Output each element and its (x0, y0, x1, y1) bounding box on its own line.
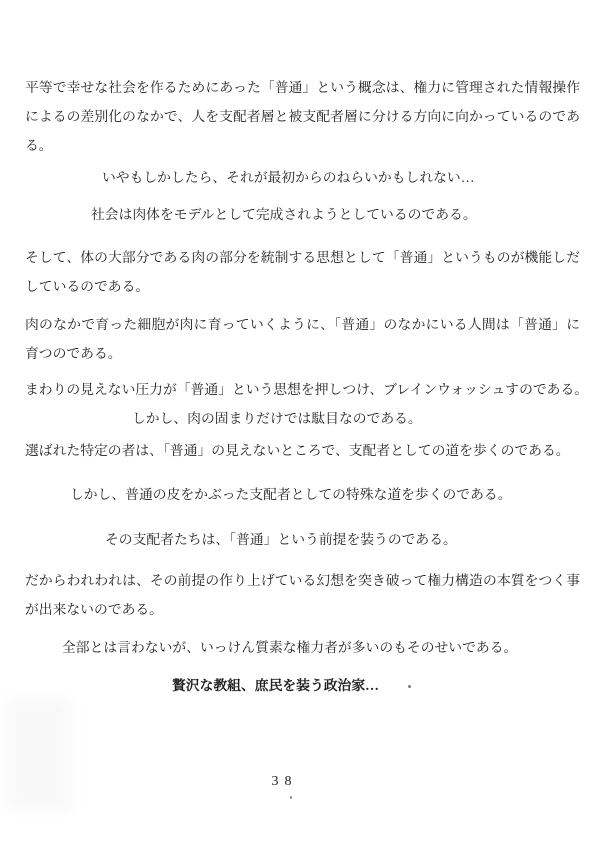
scanned-document-page: 平等で幸せな社会を作るためにあった「普通」という概念は、権力に管理された情報操作… (0, 0, 601, 850)
paragraph-cannot-pierce-power-structure: だからわれわれは、その前提の作り上げている幻想を突き破って権力構造の本質をつく事… (25, 566, 580, 624)
paragraph-society-modeled-on-body: 社会は肉体をモデルとして完成されようとしているのである。 (91, 200, 580, 229)
paragraph-maybe-the-original-aim: いやもしかしたら、それが最初からのねらいかもしれない… (102, 163, 580, 192)
paragraph-invisible-pressure-brainwash: まわりの見えない圧力が「普通」という思想を押しつけ、ブレインウォッシュすのである… (25, 375, 580, 404)
paragraph-cells-grow-into-flesh: 肉のなかで育った細胞が肉に育っていくように、「普通」のなかにいる人間は「普通」に… (25, 310, 580, 368)
paragraph-rulers-wearing-normal-skin: しかし、普通の皮をかぶった支配者としての特殊な道を歩くのである。 (70, 480, 580, 509)
scan-smudge-artifact (8, 698, 70, 810)
scan-speck-artifact (408, 685, 411, 688)
paragraph-flesh-alone-not-enough: しかし、肉の固まりだけでは駄目なのである。 (132, 404, 580, 433)
paragraph-invisible-pressure-group: まわりの見えない圧力が「普通」という思想を押しつけ、ブレインウォッシュすのである… (25, 375, 580, 433)
page-number: 38 (0, 771, 585, 793)
paragraph-rulers-feign-normal-premise: その支配者たちは、「普通」という前提を装うのである。 (105, 525, 580, 554)
paragraph-frugal-looking-power-holders: 全部とは言わないが、いっけん質素な権力者が多いのもそのせいである。 (62, 633, 580, 662)
paragraph-normal-concept-divides-society: 平等で幸せな社会を作るためにあった「普通」という概念は、権力に管理された情報操作… (25, 73, 580, 160)
scan-speck-artifact (290, 796, 292, 799)
paragraph-normal-controls-the-flesh: そして、体の大部分である肉の部分を統制する思想として「普通」というものが機能しだ… (25, 243, 580, 301)
page-content: 平等で幸せな社会を作るためにあった「普通」という概念は、権力に管理された情報操作… (0, 0, 601, 700)
paragraph-chosen-ones-walk-rulers-path: 選ばれた特定の者は、「普通」の見えないところで、支配者としての道を歩くのである。 (25, 436, 580, 465)
paragraph-luxurious-cult-leaders-closing: 贅沢な教組、庶民を装う政治家… (172, 671, 580, 700)
